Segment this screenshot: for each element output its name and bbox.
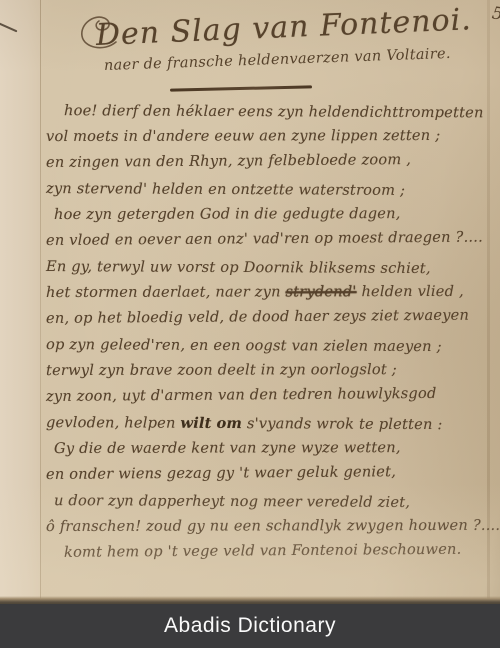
line-text: het stormen daerlaet, naer zyn — [46, 283, 286, 301]
manuscript-line: ô franschen! zoud gy nu een schandlyk zw… — [42, 513, 492, 540]
subtitle-underline — [170, 85, 312, 91]
line-text: s'vyands wrok te pletten : — [242, 415, 443, 433]
manuscript-line: zyn zoon, uyt d'armen van den tedren hou… — [42, 380, 492, 410]
struck-word: strydend' — [285, 283, 356, 300]
paper-left-margin — [0, 0, 40, 604]
caption-label: Abadis Dictionary — [164, 614, 336, 638]
page-number: 5 — [491, 3, 500, 24]
manuscript-line: Gy die de waerde kent van zyne wyze wett… — [42, 435, 492, 462]
screenshot-root: 5 Den Slag van Fontenoi. naer de fransch… — [0, 0, 500, 648]
paper-fold-line — [40, 0, 41, 604]
manuscript-line: het stormen daerlaet, naer zyn strydend'… — [42, 279, 492, 306]
manuscript-line: en, op het bloedig veld, de dood haer ze… — [42, 302, 492, 332]
inserted-word: om — [216, 415, 242, 432]
manuscript-line: en zingen van den Rhyn, zyn felbebloede … — [42, 146, 492, 176]
manuscript-line: en vloed en oever aen onz' vad'ren op mo… — [42, 224, 492, 254]
poem-body: hoe! dierf den héklaer eens zyn heldendi… — [42, 98, 492, 566]
manuscript-photo: 5 Den Slag van Fontenoi. naer de fransch… — [0, 0, 500, 604]
manuscript-line: vol moets in d'andere eeuw aen zyne lipp… — [42, 123, 492, 150]
inserted-word: wilt — [180, 415, 211, 432]
paper-bottom-edge — [0, 596, 500, 604]
caption-bar: Abadis Dictionary — [0, 604, 500, 648]
line-text: helden vlied , — [357, 283, 464, 300]
manuscript-line: hoe zyn getergden God in die gedugte dag… — [42, 201, 492, 228]
manuscript-line: terwyl zyn brave zoon deelt in zyn oorlo… — [42, 357, 492, 384]
manuscript-title: Den Slag van Fontenoi. — [95, 4, 436, 53]
manuscript-line: en onder wiens gezag gy 't waer geluk ge… — [42, 458, 492, 488]
manuscript-line: komt hem op 't vege veld van Fontenoi be… — [42, 536, 492, 566]
line-text: gevloden, helpen — [46, 414, 181, 432]
